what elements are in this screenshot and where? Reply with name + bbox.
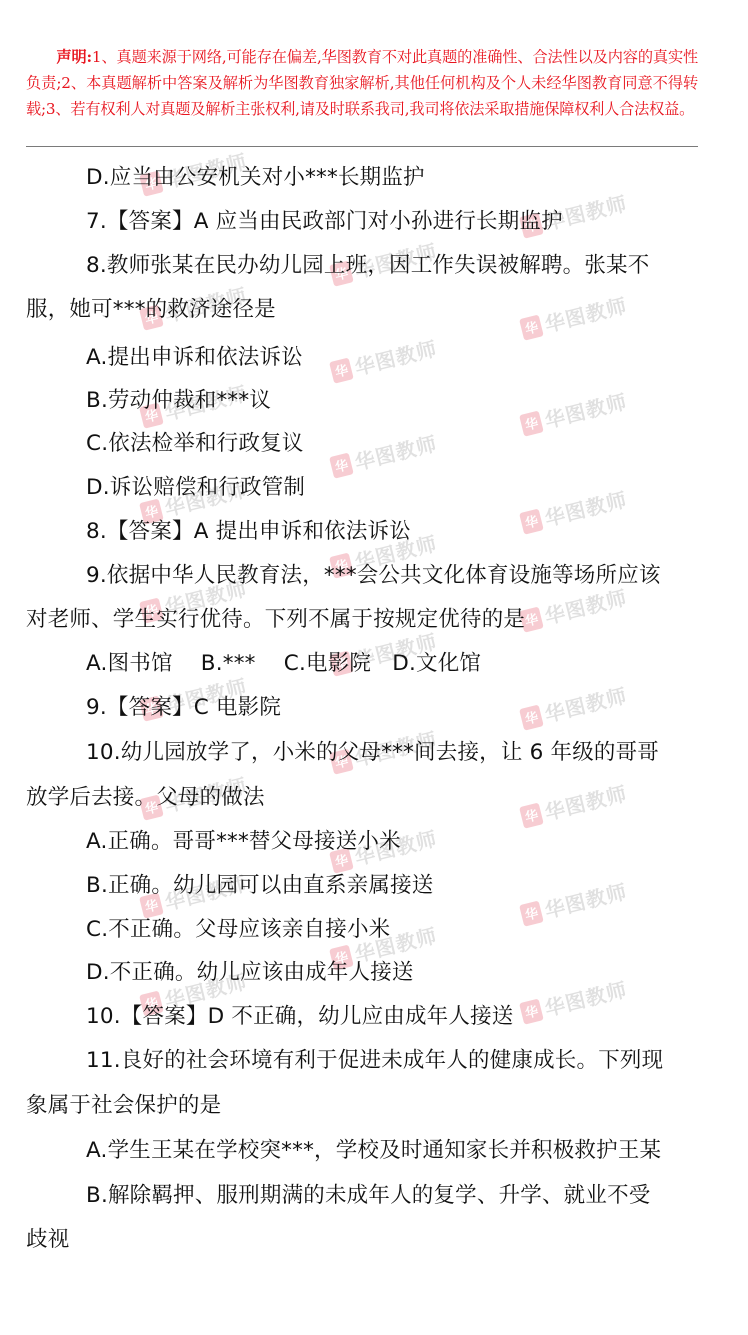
option-line: D.诉讼赔偿和行政管制 xyxy=(86,470,305,501)
question-line: 11.良好的社会环境有利于促进未成年人的健康成长。下列现 xyxy=(86,1043,663,1074)
watermark-logo-icon: 华 xyxy=(519,314,544,340)
watermark: 华华图教师 xyxy=(518,777,630,831)
option-line: A.提出申诉和依法诉讼 xyxy=(86,340,303,371)
question-line: 放学后去接。父母的做法 xyxy=(26,780,265,811)
option-line: A.正确。哥哥***替父母接送小米 xyxy=(86,824,401,855)
watermark-logo-icon: 华 xyxy=(519,704,544,730)
option-line: B.正确。幼儿园可以由直系亲属接送 xyxy=(86,868,434,899)
header-divider xyxy=(26,146,698,147)
option-line: B.劳动仲裁和***议 xyxy=(86,383,271,414)
disclaimer-lead: 声明: xyxy=(56,48,92,66)
question-line: 对老师、学生实行优待。下列不属于按规定优待的是 xyxy=(26,602,525,633)
watermark: 华华图教师 xyxy=(518,289,630,343)
option-line: A.图书馆 B.*** C.电影院 D.文化馆 xyxy=(86,646,481,677)
question-line: 10.幼儿园放学了，小米的父母***间去接，让 6 年级的哥哥 xyxy=(86,735,659,766)
option-line: D.不正确。幼儿应该由成年人接送 xyxy=(86,955,414,986)
answer-line: 7.【答案】A 应当由民政部门对小孙进行长期监护 xyxy=(86,204,563,235)
watermark-logo-icon: 华 xyxy=(519,900,544,926)
answer-line: 10.【答案】D 不正确，幼儿应由成年人接送 xyxy=(86,999,513,1030)
watermark: 华华图教师 xyxy=(518,679,630,733)
option-line: B.解除羁押、服刑期满的未成年人的复学、升学、就业不受 xyxy=(86,1178,651,1209)
watermark: 华华图教师 xyxy=(518,875,630,929)
watermark-logo-icon: 华 xyxy=(329,357,354,383)
question-line: 9.依据中华人民教育法，***会公共文化体育设施等场所应该 xyxy=(86,558,661,589)
watermark-logo-icon: 华 xyxy=(519,802,544,828)
watermark: 华华图教师 xyxy=(518,581,630,635)
option-line: A.学生王某在学校突***，学校及时通知家长并积极救护王某 xyxy=(86,1133,661,1164)
watermark-logo-icon: 华 xyxy=(519,508,544,534)
question-line: 服，她可***的救济途径是 xyxy=(26,292,276,323)
option-line: 歧视 xyxy=(26,1222,69,1253)
watermark: 华华图教师 xyxy=(518,385,630,439)
option-line: C.不正确。父母应该亲自接小米 xyxy=(86,912,390,943)
watermark-logo-icon: 华 xyxy=(519,410,544,436)
watermark: 华华图教师 xyxy=(518,483,630,537)
watermark: 华华图教师 xyxy=(328,332,440,386)
disclaimer-notice: 声明:1、真题来源于网络,可能存在偏差,华图教育不对此真题的准确性、合法性以及内… xyxy=(26,44,698,122)
question-line: 8.教师张某在民办幼儿园上班，因工作失误被解聘。张某不 xyxy=(86,248,649,279)
watermark: 华华图教师 xyxy=(518,973,630,1027)
watermark: 华华图教师 xyxy=(328,427,440,481)
option-line: C.依法检举和行政复议 xyxy=(86,426,304,457)
disclaimer-text: 1、真题来源于网络,可能存在偏差,华图教育不对此真题的准确性、合法性以及内容的真… xyxy=(26,48,698,118)
text-line: D.应当由公安机关对小***长期监护 xyxy=(86,160,425,191)
question-line: 象属于社会保护的是 xyxy=(26,1088,221,1119)
answer-line: 9.【答案】C 电影院 xyxy=(86,690,281,721)
watermark-logo-icon: 华 xyxy=(329,452,354,478)
watermark-logo-icon: 华 xyxy=(519,998,544,1024)
answer-line: 8.【答案】A 提出申诉和依法诉讼 xyxy=(86,514,411,545)
